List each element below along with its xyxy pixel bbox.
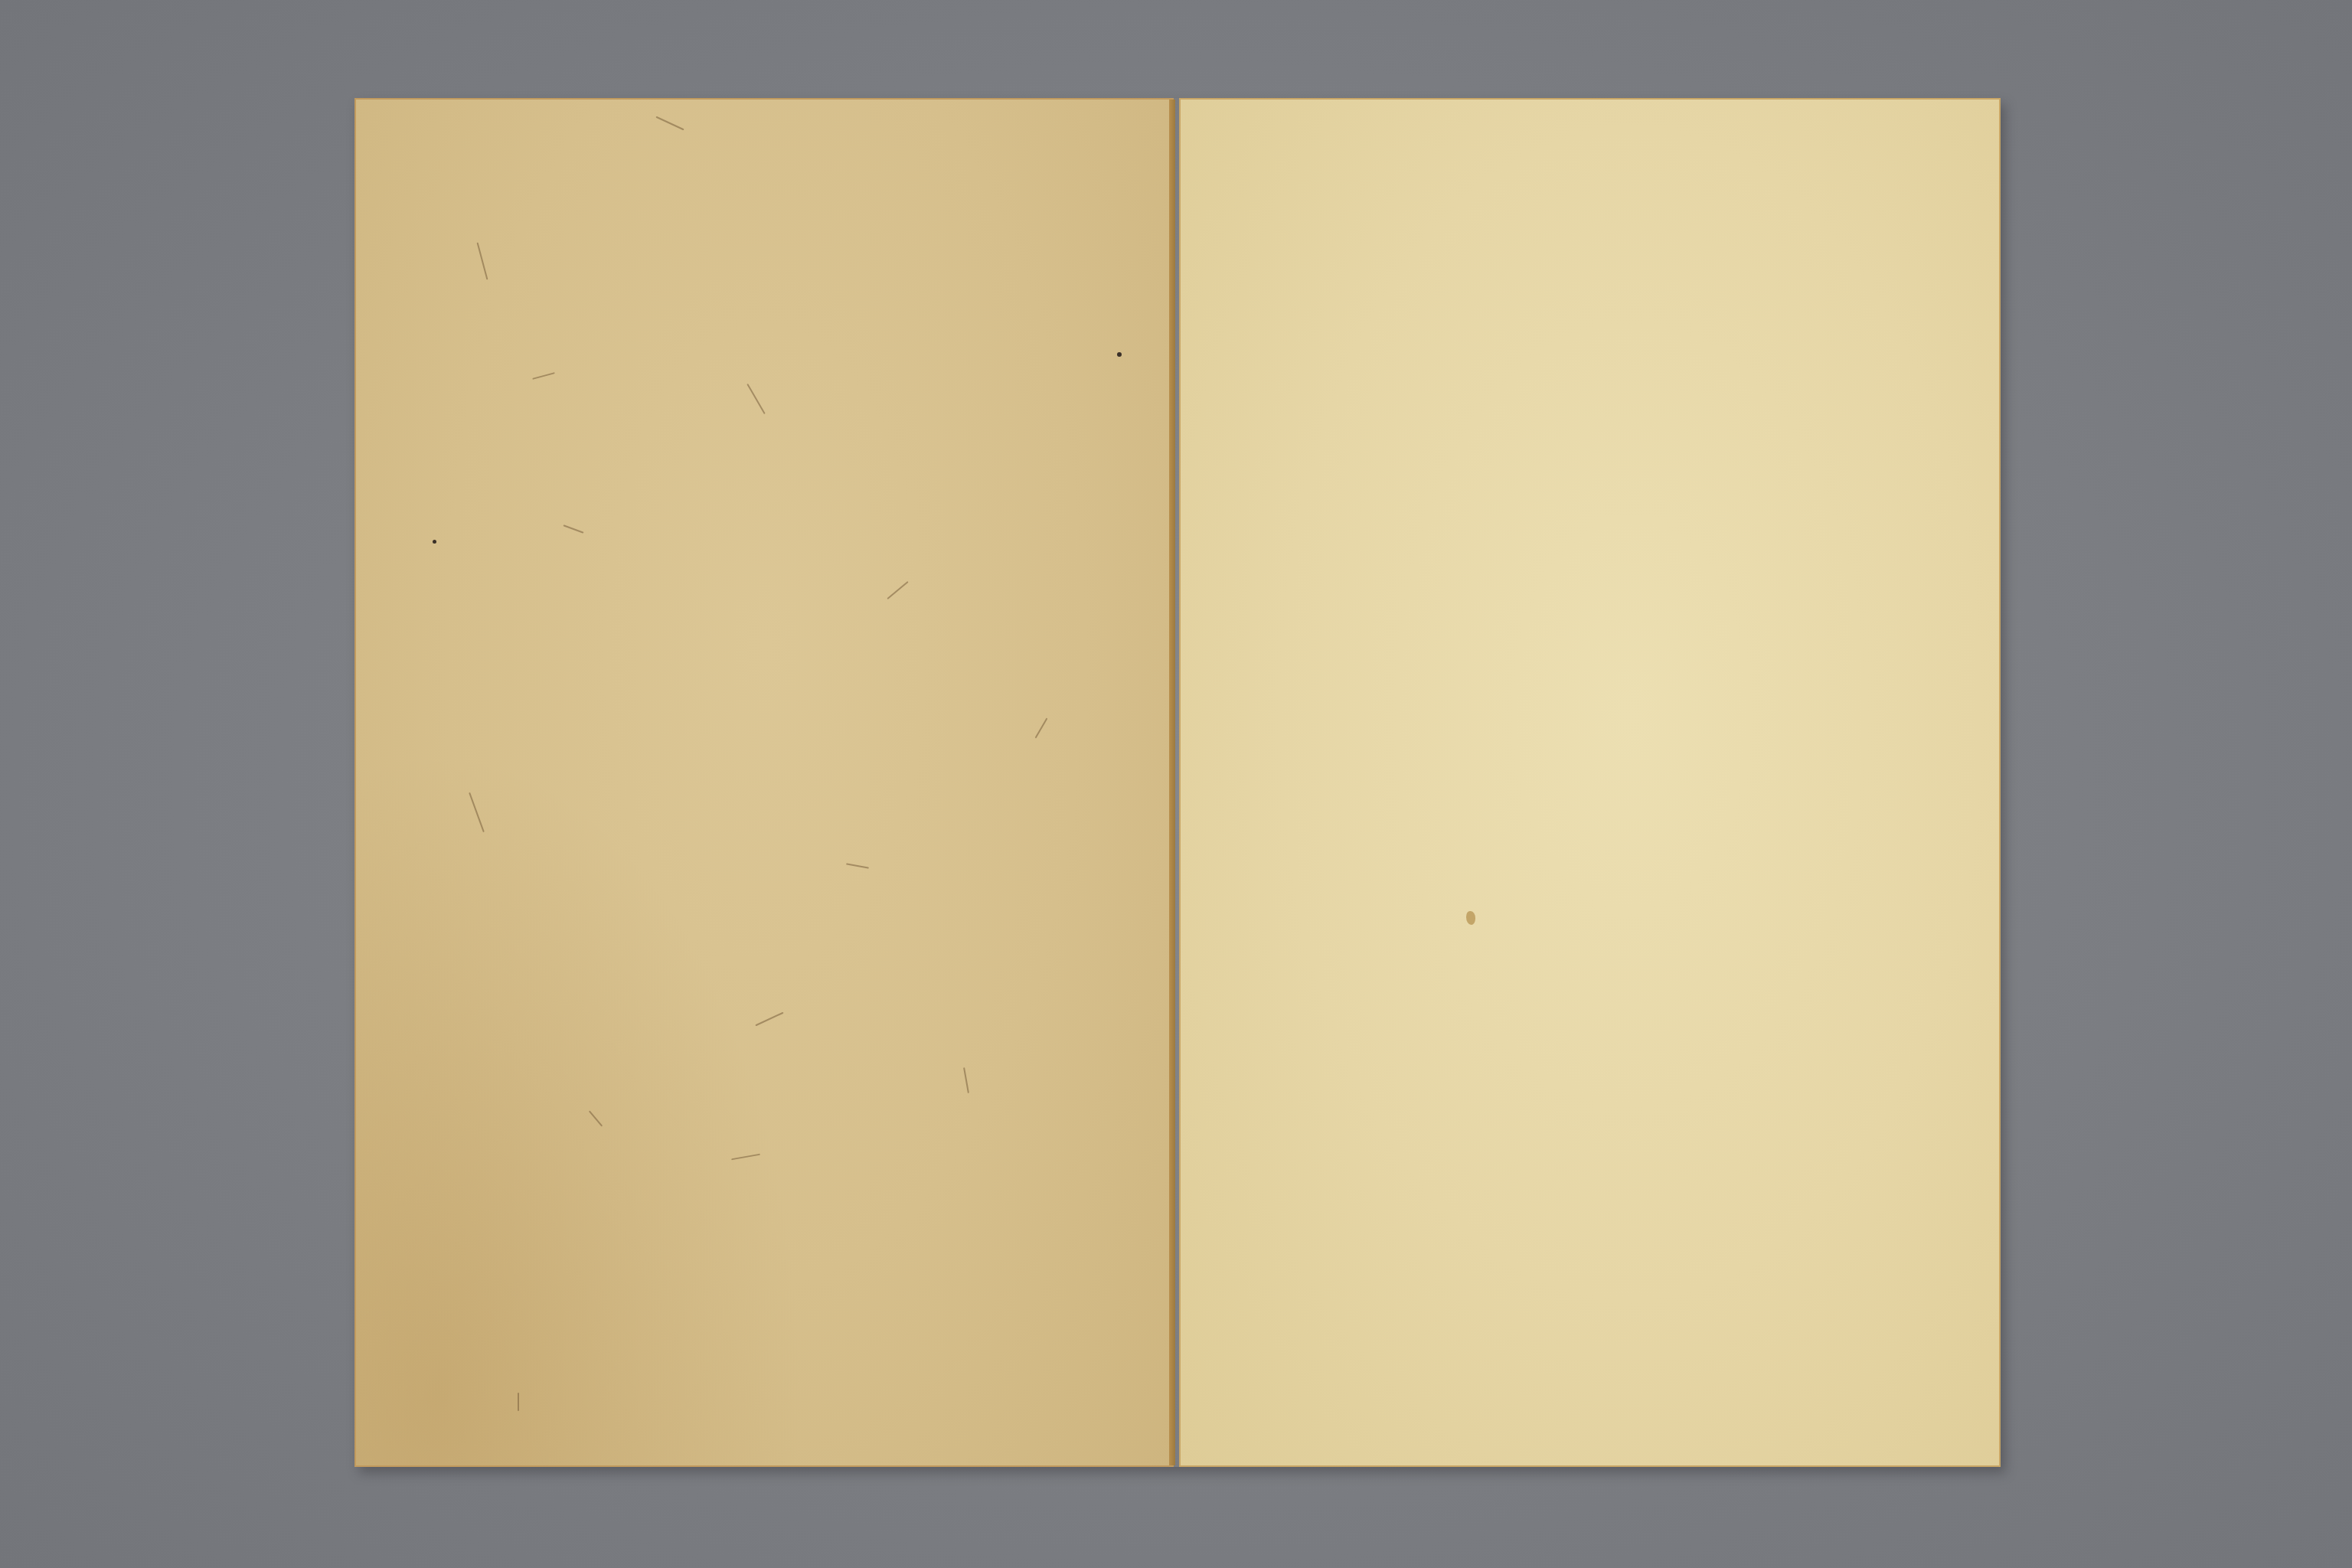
paper-fiber bbox=[846, 863, 869, 868]
paper-fiber bbox=[477, 243, 488, 280]
paper-fiber bbox=[746, 384, 765, 414]
paper-fiber bbox=[963, 1067, 969, 1093]
paper-fiber bbox=[563, 524, 584, 533]
paper-stain bbox=[1466, 911, 1475, 925]
open-book bbox=[354, 98, 2001, 1467]
paper-fiber bbox=[469, 792, 485, 832]
ink-speck bbox=[1117, 352, 1122, 357]
paper-fiber bbox=[589, 1110, 603, 1126]
paper-fiber bbox=[518, 1393, 519, 1411]
right-page bbox=[1179, 98, 2001, 1467]
paper-fiber bbox=[731, 1154, 760, 1161]
ink-speck bbox=[433, 540, 436, 544]
paper-fiber bbox=[532, 372, 554, 380]
paper-fiber bbox=[1035, 718, 1048, 739]
paper-fiber bbox=[655, 116, 684, 131]
paper-fiber bbox=[887, 581, 908, 599]
left-page bbox=[354, 98, 1174, 1467]
paper-fiber bbox=[755, 1012, 783, 1027]
